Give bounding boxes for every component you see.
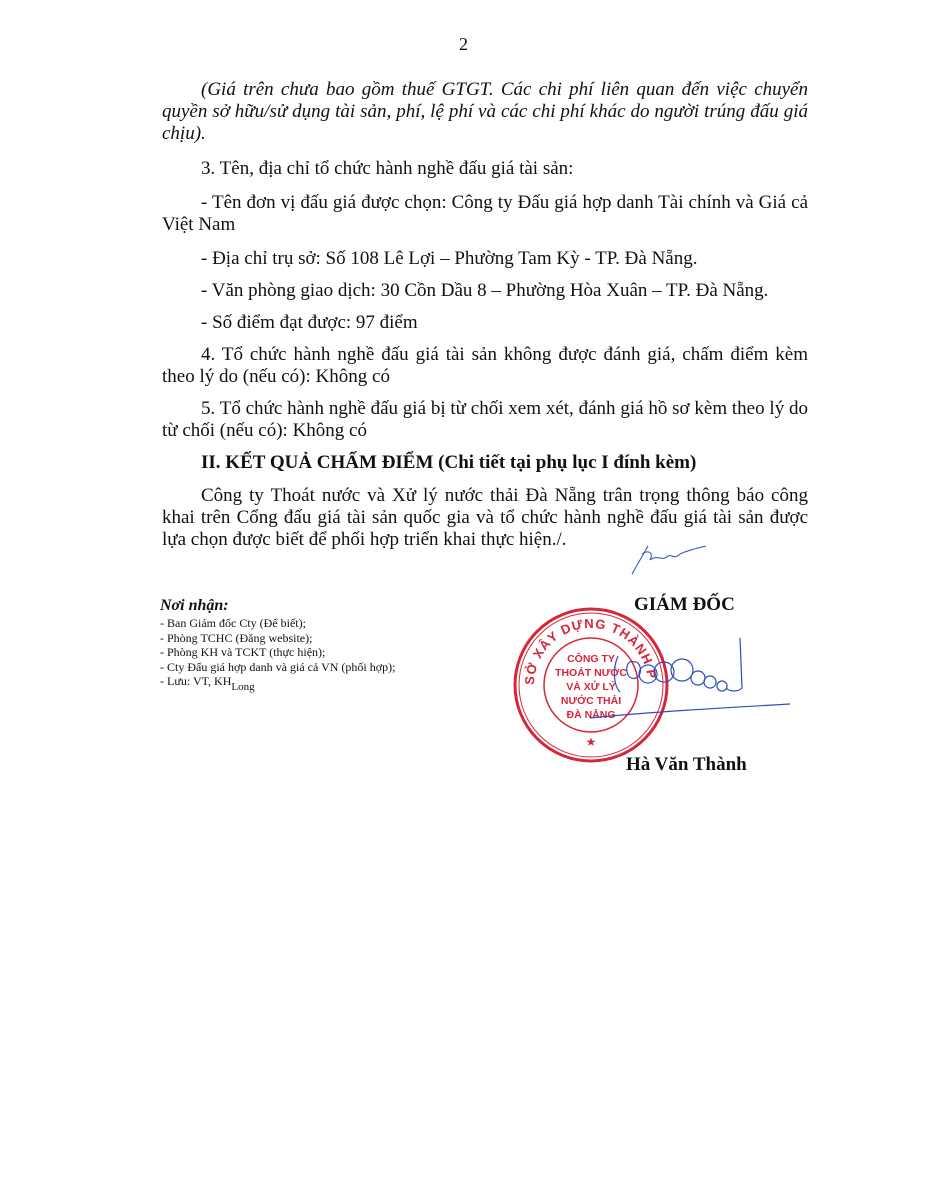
recipient-item: - Lưu: VT, KHLong xyxy=(160,674,395,695)
price-note: (Giá trên chưa bao gồm thuế GTGT. Các ch… xyxy=(162,79,808,145)
recipients-title: Nơi nhận: xyxy=(160,597,395,615)
recipient-item: - Phòng KH và TCKT (thực hiện); xyxy=(160,645,395,660)
item3-address: - Địa chỉ trụ sở: Số 108 Lê Lợi – Phường… xyxy=(162,248,808,270)
section2-heading: II. KẾT QUẢ CHẤM ĐIỂM (Chi tiết tại phụ … xyxy=(162,452,808,474)
price-note-text: (Giá trên chưa bao gồm thuế GTGT. Các ch… xyxy=(162,79,808,145)
recipient-item: - Ban Giám đốc Cty (Để biết); xyxy=(160,616,395,631)
item3-heading-text: 3. Tên, địa chỉ tổ chức hành nghề đấu gi… xyxy=(162,158,808,180)
signer-name: Hà Văn Thành xyxy=(626,754,747,776)
recipient-item: - Phòng TCHC (Đăng website); xyxy=(160,631,395,646)
svg-text:★: ★ xyxy=(586,735,597,749)
transaction-office: - Văn phòng giao dịch: 30 Cồn Dầu 8 – Ph… xyxy=(162,280,808,302)
auction-unit-name: - Tên đơn vị đấu giá được chọn: Công ty … xyxy=(162,192,808,236)
recipient-item: - Cty Đấu giá hợp danh và giá cả VN (phố… xyxy=(160,660,395,675)
item3-heading: 3. Tên, địa chỉ tổ chức hành nghề đấu gi… xyxy=(162,158,808,180)
item3-name: - Tên đơn vị đấu giá được chọn: Công ty … xyxy=(162,192,808,236)
archive-suffix: Long xyxy=(231,681,254,693)
page-number: 2 xyxy=(0,34,927,55)
initial-signature-icon xyxy=(628,540,708,576)
closing-text: Công ty Thoát nước và Xử lý nước thải Đà… xyxy=(162,485,808,551)
item4-text: 4. Tổ chức hành nghề đấu giá tài sản khô… xyxy=(162,344,808,388)
item4: 4. Tổ chức hành nghề đấu giá tài sản khô… xyxy=(162,344,808,388)
section2-heading-text: II. KẾT QUẢ CHẤM ĐIỂM (Chi tiết tại phụ … xyxy=(162,452,808,474)
item3-office: - Văn phòng giao dịch: 30 Cồn Dầu 8 – Ph… xyxy=(162,280,808,302)
recipients-block: Nơi nhận: - Ban Giám đốc Cty (Để biết); … xyxy=(160,597,395,695)
item3-score: - Số điểm đạt được: 97 điểm xyxy=(162,312,808,334)
score-achieved: - Số điểm đạt được: 97 điểm xyxy=(162,312,808,334)
closing-paragraph: Công ty Thoát nước và Xử lý nước thải Đà… xyxy=(162,485,808,551)
director-signature-icon xyxy=(590,630,790,720)
item5: 5. Tổ chức hành nghề đấu giá bị từ chối … xyxy=(162,398,808,442)
head-office-address: - Địa chỉ trụ sở: Số 108 Lê Lợi – Phường… xyxy=(162,248,808,270)
recipient-archive: - Lưu: VT, KH xyxy=(160,674,231,688)
item5-text: 5. Tổ chức hành nghề đấu giá bị từ chối … xyxy=(162,398,808,442)
